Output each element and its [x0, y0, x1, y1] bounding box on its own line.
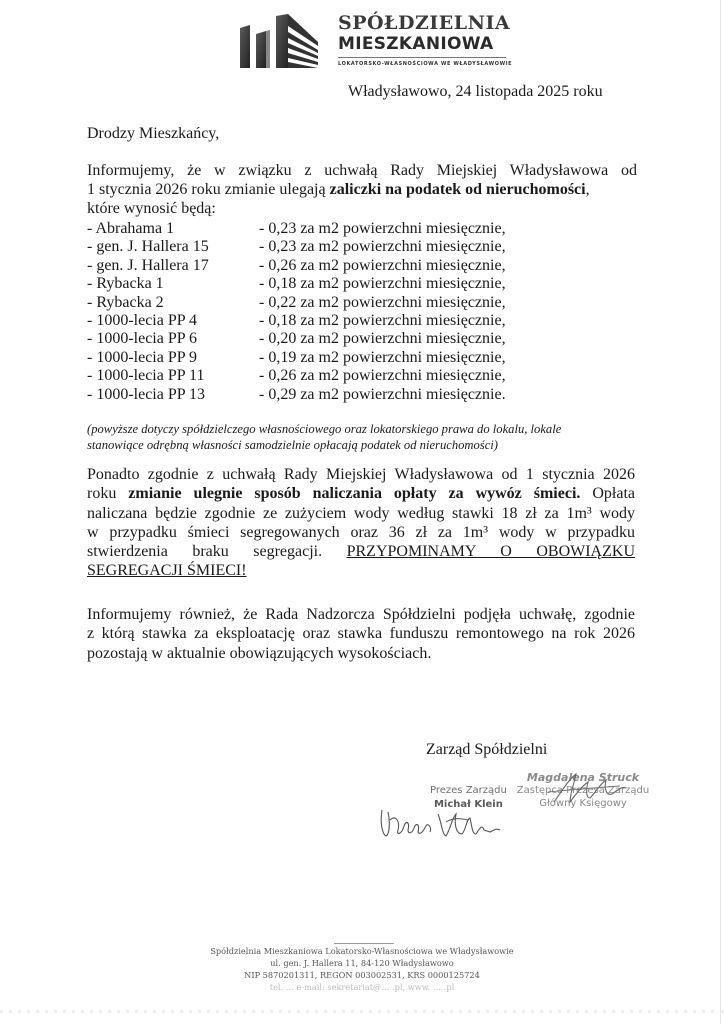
rate-address: - gen. J. Hallera 15: [87, 238, 209, 256]
rate-row: - gen. J. Hallera 15- 0,23 za m2 powierz…: [87, 238, 637, 256]
rate-row: - gen. J. Hallera 17- 0,26 za m2 powierz…: [87, 257, 637, 275]
date-line: Władysławowo, 24 listopada 2025 roku: [348, 83, 603, 101]
stamp-role: Prezes Zarządu: [430, 784, 507, 798]
tax-rates-list: - Abrahama 1- 0,23 za m2 powierzchni mie…: [87, 220, 637, 404]
rate-address: - 1000-lecia PP 4: [87, 312, 197, 330]
footer-contact: tel. … e-mail: sekretariat@… .pl, www. ……: [150, 981, 574, 993]
rate-row: - 1000-lecia PP 13- 0,29 za m2 powierzch…: [87, 386, 637, 404]
rate-value: - 0,22 za m2 powierzchni miesięcznie,: [259, 294, 506, 312]
rate-value: - 0,19 za m2 powierzchni miesięcznie,: [259, 349, 506, 367]
paragraph-line: SEGREGACJI ŚMIECI!: [87, 561, 635, 580]
paragraph-line: stwierdzenia braku segregacji. PRZYPOMIN…: [87, 542, 635, 561]
bold-phrase: zaliczki na podatek od nieruchomości: [330, 181, 586, 198]
paragraph-line: Ponadto zgodnie z uchwałą Rady Miejskiej…: [87, 465, 635, 484]
text-fragment: stwierdzenia braku segregacji.: [87, 543, 347, 560]
rate-row: - Rybacka 1- 0,18 za m2 powierzchni mies…: [87, 275, 637, 293]
building-icon: [236, 12, 332, 70]
rate-row: - 1000-lecia PP 4- 0,18 za m2 powierzchn…: [87, 312, 637, 330]
rate-row: - 1000-lecia PP 6- 0,20 za m2 powierzchn…: [87, 330, 637, 348]
signature-title: Zarząd Spółdzielni: [426, 741, 547, 759]
bold-phrase: zmianie ulegnie sposób naliczania opłaty…: [128, 485, 580, 502]
footer-address: ul. gen. J. Hallera 11, 84-120 Władysław…: [150, 957, 574, 969]
paragraph-line: 1 stycznia 2026 roku zmianie ulegają zal…: [87, 180, 637, 199]
paragraph-supervisory-board: Informujemy również, że Rada Nadzorcza S…: [87, 605, 635, 663]
paragraph-line: naliczana będzie zgodnie ze zużyciem wod…: [87, 504, 635, 523]
rates-footnote: (powyższe dotyczy spółdzielczego własnoś…: [87, 421, 647, 453]
footer-registry: NIP 5870201311, REGON 003002531, KRS 000…: [150, 969, 574, 981]
rate-value: - 0,20 za m2 powierzchni miesięcznie,: [259, 330, 506, 348]
rate-address: - 1000-lecia PP 11: [87, 367, 204, 385]
cooperative-logo: SPÓŁDZIELNIA MIESZKANIOWA LOKATORSKO-WŁA…: [236, 12, 536, 78]
paragraph-line: które wynosić będą:: [87, 199, 637, 218]
paragraph-line: Informujemy również, że Rada Nadzorcza S…: [87, 605, 635, 624]
text-fragment: Opłata: [580, 485, 635, 502]
rate-address: - Rybacka 2: [87, 294, 164, 312]
rate-address: - Abrahama 1: [87, 220, 174, 238]
paragraph-waste-fee: Ponadto zgodnie z uchwałą Rady Miejskiej…: [87, 465, 635, 581]
text-fragment: roku: [87, 485, 128, 502]
paragraph-line: roku zmianie ulegnie sposób naliczania o…: [87, 484, 635, 503]
footer: Spółdzielnia Mieszkaniowa Lokatorsko-Wła…: [150, 945, 574, 993]
rate-row: - Abrahama 1- 0,23 za m2 powierzchni mie…: [87, 220, 637, 238]
rate-row: - 1000-lecia PP 11- 0,26 za m2 powierzch…: [87, 367, 637, 385]
footer-divider: [334, 943, 394, 944]
salutation: Drodzy Mieszkańcy,: [87, 124, 637, 143]
rate-value: - 0,18 za m2 powierzchni miesięcznie,: [259, 275, 506, 293]
paragraph-property-tax: Informujemy, że w związku z uchwałą Rady…: [87, 161, 637, 218]
scan-edge: [720, 0, 721, 1024]
rate-row: - 1000-lecia PP 9- 0,19 za m2 powierzchn…: [87, 349, 637, 367]
rate-value: - 0,23 za m2 powierzchni miesięcznie,: [259, 238, 506, 256]
rate-value: - 0,23 za m2 powierzchni miesięcznie,: [259, 220, 506, 238]
paragraph-line: Informujemy, że w związku z uchwałą Rady…: [87, 161, 637, 180]
scan-noise: [0, 1010, 724, 1013]
rate-address: - 1000-lecia PP 6: [87, 330, 197, 348]
paragraph-line: pozostają w aktualnie obowiązujących wys…: [87, 644, 635, 663]
vice-president-signature-icon: [540, 770, 630, 806]
text-fragment: ,: [586, 181, 590, 198]
rate-address: - Rybacka 1: [87, 275, 164, 293]
president-signature-icon: [376, 800, 506, 842]
rate-value: - 0,29 za m2 powierzchni miesięcznie.: [259, 386, 506, 404]
reminder-phrase: PRZYPOMINAMY O OBOWIĄZKU: [347, 543, 635, 560]
rate-address: - gen. J. Hallera 17: [87, 257, 209, 275]
footer-org-name: Spółdzielnia Mieszkaniowa Lokatorsko-Wła…: [150, 945, 574, 957]
org-subtitle: LOKATORSKO-WŁASNOŚCIOWA WE WŁADYSŁAWOWIE: [338, 61, 538, 67]
text-fragment: 1 stycznia 2026 roku zmianie ulegają: [87, 181, 330, 198]
org-name-line1: SPÓŁDZIELNIA: [338, 12, 538, 34]
letter-page: SPÓŁDZIELNIA MIESZKANIOWA LOKATORSKO-WŁA…: [0, 0, 724, 1024]
paragraph-line: z którą stawka za eksploatację oraz staw…: [87, 624, 635, 643]
rate-row: - Rybacka 2- 0,22 za m2 powierzchni mies…: [87, 294, 637, 312]
rate-value: - 0,26 za m2 powierzchni miesięcznie,: [259, 367, 506, 385]
footnote-line: stanowiące odrębną własności samodzielni…: [87, 437, 647, 453]
rate-value: - 0,26 za m2 powierzchni miesięcznie,: [259, 257, 506, 275]
rate-address: - 1000-lecia PP 9: [87, 349, 197, 367]
reminder-phrase: SEGREGACJI ŚMIECI!: [87, 562, 247, 579]
paragraph-line: w przypadku śmieci segregowanych oraz 36…: [87, 523, 635, 542]
rate-value: - 0,18 za m2 powierzchni miesięcznie,: [259, 312, 506, 330]
org-name-line2: MIESZKANIOWA: [338, 34, 538, 54]
footnote-line: (powyższe dotyczy spółdzielczego własnoś…: [87, 421, 647, 437]
logo-divider: [338, 57, 506, 58]
rate-address: - 1000-lecia PP 13: [87, 386, 205, 404]
